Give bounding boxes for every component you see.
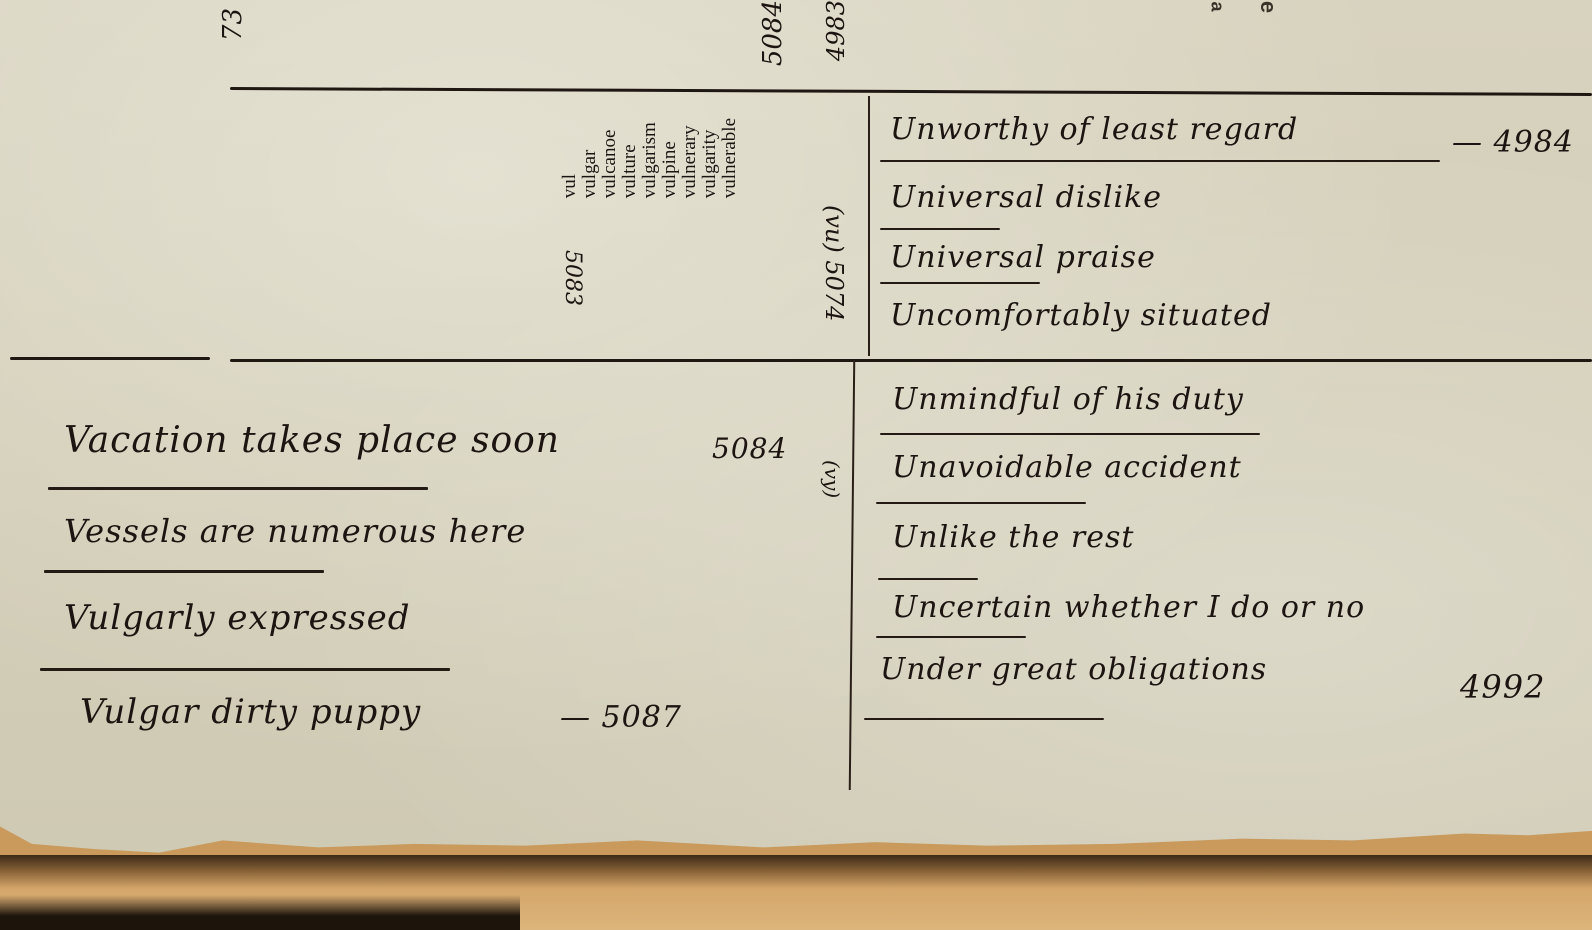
printed-word-list: vul vulgar vulcanoe vulture vulgarism vu…	[560, 118, 740, 198]
section-marker: (vy)	[820, 460, 844, 498]
top-rotated-number-a: 5084	[758, 0, 788, 66]
column-divider-lower	[849, 360, 856, 790]
top-letter-a: a	[1207, 1, 1228, 11]
paper-sheet: 73 5084 4983 a e vul vulgar vulcanoe vul…	[0, 0, 1592, 870]
middle-horizontal-rule	[230, 359, 1592, 362]
entry-unworthy: Unworthy of least regard	[890, 112, 1298, 147]
top-letter-e: e	[1255, 1, 1281, 13]
column-divider	[868, 96, 870, 356]
table-shadow	[0, 895, 520, 930]
entry-underline	[864, 718, 1104, 720]
printed-word: vulcanoe	[600, 118, 620, 198]
entry-universal-dislike: Universal dislike	[890, 180, 1162, 215]
printed-word: vul	[560, 118, 580, 198]
short-left-rule	[10, 357, 210, 360]
printed-word: vulnerable	[720, 118, 740, 198]
entry-under-great-obligations: Under great obligations	[880, 652, 1267, 687]
entry-code: — 5087	[560, 700, 682, 735]
entry-underline	[40, 668, 450, 671]
printed-word: vulnerary	[680, 118, 700, 198]
printed-word: vulture	[620, 118, 640, 198]
entry-vessels: Vessels are numerous here	[64, 512, 526, 550]
entry-underline	[880, 433, 1260, 435]
entry-underline	[880, 160, 1440, 162]
entry-underline	[48, 487, 428, 490]
printed-word: vulpine	[660, 118, 680, 198]
entry-underline	[876, 636, 1026, 638]
entry-underline	[878, 578, 978, 580]
entry-code: 5084	[712, 432, 787, 465]
entry-code: 4992	[1460, 668, 1545, 706]
side-annotation: (vu) 5074	[820, 205, 848, 321]
printed-column-code: 5083	[560, 250, 585, 306]
entry-unlike-the-rest: Unlike the rest	[892, 520, 1134, 555]
entry-universal-praise: Universal praise	[890, 240, 1156, 275]
entry-vulgar-dirty-puppy: Vulgar dirty puppy	[80, 692, 421, 732]
entry-underline	[880, 282, 1040, 284]
entry-vulgarly-expressed: Vulgarly expressed	[64, 598, 411, 638]
printed-word: vulgarity	[700, 118, 720, 198]
entry-uncomfortably-situated: Uncomfortably situated	[890, 298, 1272, 333]
entry-unavoidable-accident: Unavoidable accident	[892, 450, 1242, 485]
top-left-rotated-number: 73	[218, 8, 248, 41]
entry-underline	[880, 228, 1000, 230]
entry-underline	[44, 570, 324, 573]
printed-word: vulgar	[580, 118, 600, 198]
entry-unmindful: Unmindful of his duty	[892, 382, 1244, 417]
top-rotated-number-b: 4983	[822, 0, 850, 61]
entry-uncertain-whether: Uncertain whether I do or no	[892, 590, 1365, 625]
entry-underline	[876, 502, 1086, 504]
top-horizontal-rule	[230, 87, 1592, 96]
printed-word: vulgarism	[640, 118, 660, 198]
entry-code: — 4984	[1452, 125, 1574, 160]
entry-vacation: Vacation takes place soon	[64, 420, 560, 461]
